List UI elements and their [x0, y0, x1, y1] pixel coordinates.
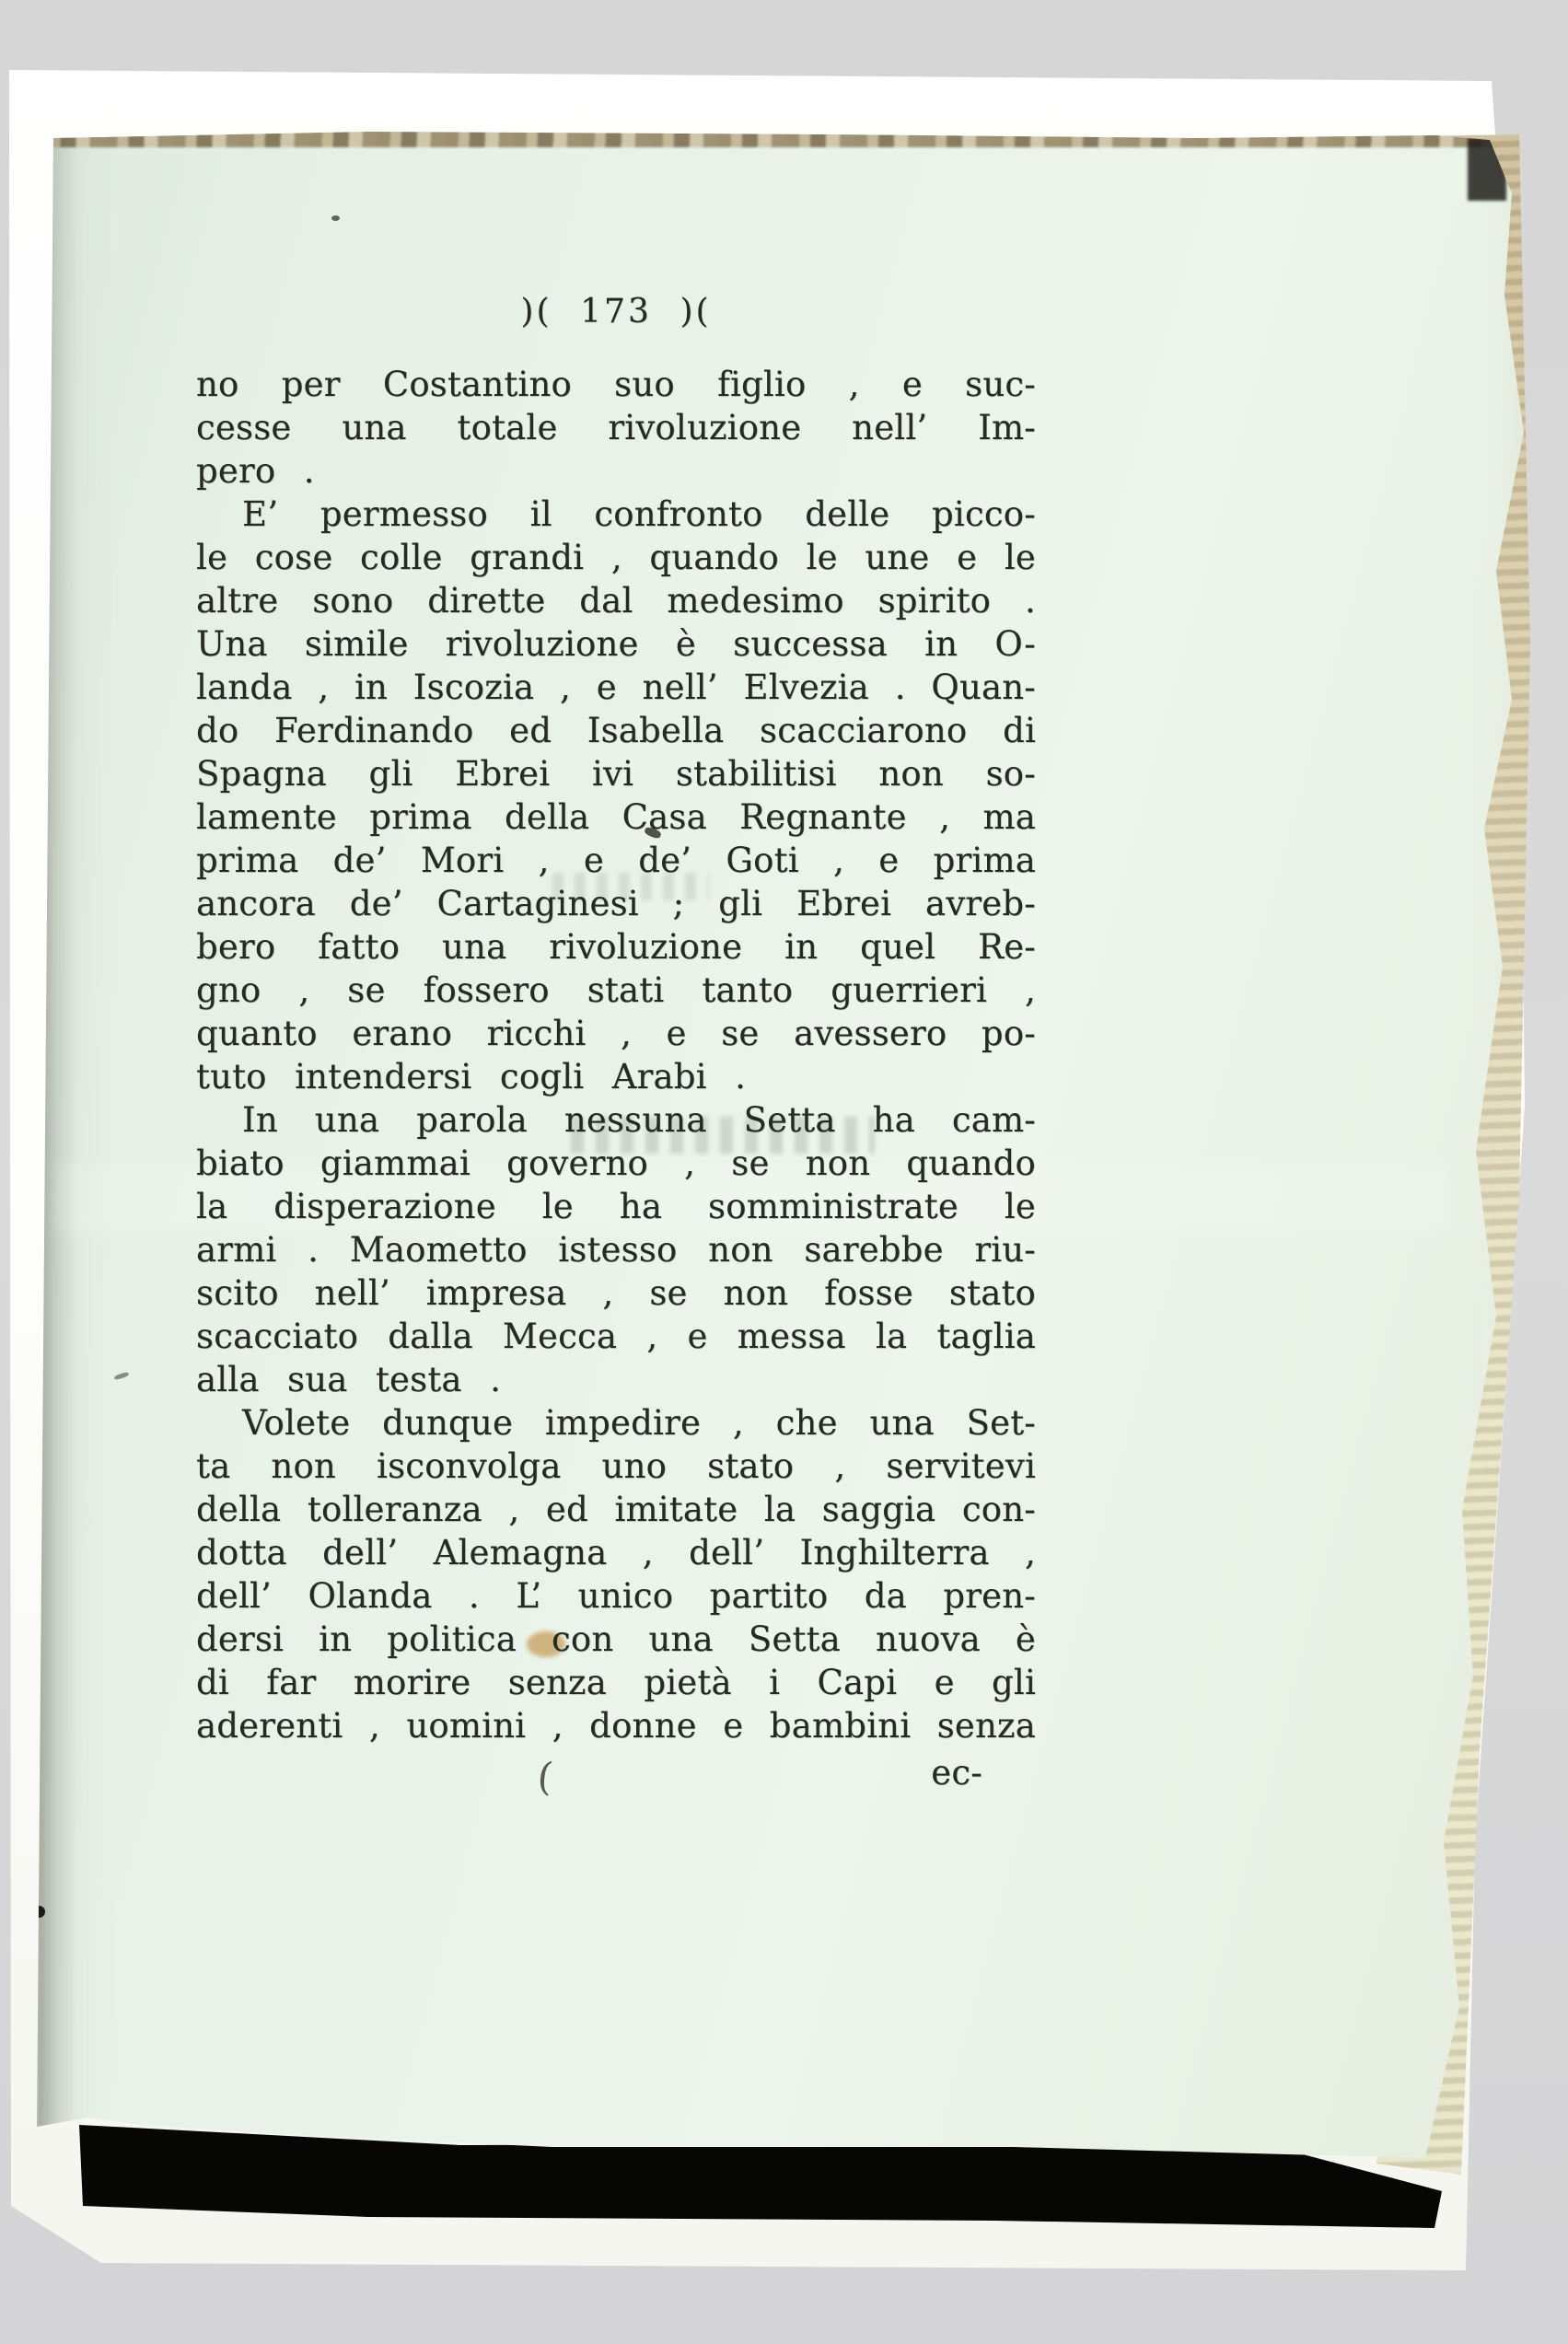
text-line: scacciato dalla Mecca , e messa la tagli… [196, 1317, 1036, 1360]
text-line: prima de’ Mori , e de’ Goti , e prima [196, 841, 1036, 884]
text-line: In una parola nessuna Setta ha cam- [196, 1100, 1036, 1143]
text-line: do Ferdinando ed Isabella scacciarono di [196, 711, 1036, 754]
catchword: ec- [196, 1753, 982, 1796]
text-line: Spagna gli Ebrei ivi stabilitisi non so- [196, 754, 1036, 797]
page-text-block: )( 173 )( no per Costantino suo figlio ,… [196, 293, 1036, 1796]
page-number-header: )( 173 )( [196, 293, 1036, 339]
text-line: ta non isconvolga uno stato , servitevi [196, 1446, 1036, 1490]
text-line: Una simile rivoluzione è successa in O- [196, 624, 1036, 667]
scanned-book-page: ( )( 173 )( no per Costantino suo figlio… [0, 0, 1568, 2344]
text-line: bero fatto una rivoluzione in quel Re- [196, 927, 1036, 970]
paper-speck [114, 1372, 130, 1381]
text-line: dersi in politica con una Setta nuova è [196, 1619, 1036, 1663]
text-line: dotta dell’ Alemagna , dell’ Inghilterra… [196, 1533, 1036, 1576]
text-line: tuto intendersi cogli Arabi . [196, 1057, 1036, 1100]
text-line: no per Costantino suo figlio , e suc- [196, 365, 1036, 408]
body-text: no per Costantino suo figlio , e suc-ces… [196, 365, 1036, 1749]
text-line: della tolleranza , ed imitate la saggia … [196, 1490, 1036, 1533]
book-page: ( )( 173 )( no per Costantino suo figlio… [0, 0, 1568, 2344]
text-line: cesse una totale rivoluzione nell’ Im- [196, 408, 1036, 451]
text-line: Volete dunque impedire , che una Set- [196, 1403, 1036, 1446]
text-line: landa , in Iscozia , e nell’ Elvezia . Q… [196, 667, 1036, 711]
paper-speck [331, 215, 340, 221]
text-line: gno , se fossero stati tanto guerrieri , [196, 970, 1036, 1014]
text-line: lamente prima della Casa Regnante , ma [196, 797, 1036, 841]
text-line: ancora de’ Cartaginesi ; gli Ebrei avreb… [196, 884, 1036, 927]
text-line: la disperazione le ha somministrate le [196, 1187, 1036, 1230]
text-line: scito nell’ impresa , se non fosse stato [196, 1273, 1036, 1317]
text-line: biato giammai governo , se non quando [196, 1143, 1036, 1187]
text-line: alla sua testa . [196, 1360, 1036, 1403]
text-line: aderenti , uomini , donne e bambini senz… [196, 1706, 1036, 1749]
text-line: le cose colle grandi , quando le une e l… [196, 538, 1036, 581]
text-line: quanto erano ricchi , e se avessero po- [196, 1014, 1036, 1057]
text-line: E’ permesso il confronto delle picco- [196, 494, 1036, 538]
text-line: di far morire senza pietà i Capi e gli [196, 1663, 1036, 1706]
text-line: dell’ Olanda . L’ unico partito da pren- [196, 1576, 1036, 1619]
text-line: pero . [196, 451, 1036, 494]
text-line: altre sono dirette dal medesimo spirito … [196, 581, 1036, 624]
text-line: armi . Maometto istesso non sarebbe riu- [196, 1230, 1036, 1273]
